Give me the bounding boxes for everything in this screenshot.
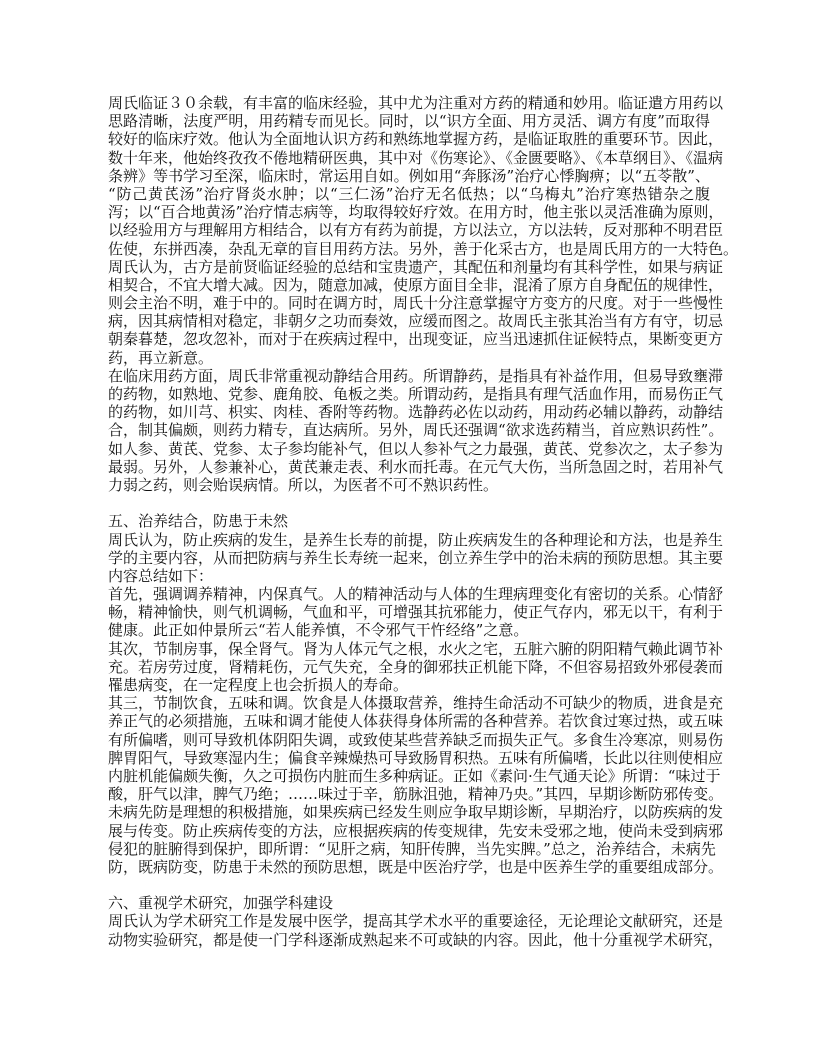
blank-line	[108, 876, 710, 894]
text-line: 周氏认为，防止疾病的发生，是养生长寿的前提，防止疾病发生的各种理论和方法，也是养…	[108, 531, 710, 549]
text-line: 其三，节制饮食，五味和调。饮食是人体摄取营养，维持生命活动不可缺少的物质，进食是…	[108, 694, 710, 712]
text-line: 健康。此正如仲景所云“若人能养慎，不令邪气干忤经络”之意。	[108, 621, 710, 639]
text-line: 有所偏嗜，则可导致机体阴阳失调，或致使某些营养缺乏而损失正气。多食生冷寒凉，则易…	[108, 731, 710, 749]
text-line: 病，因其病情相对稳定，非朝夕之功而奏效，应缓而图之。故周氏主张其治当有方有守，切…	[108, 312, 710, 330]
text-line: 的药物，如熟地、党参、鹿角胶、龟板之类。所谓动药，是指具有理气活血作用，而易伤正…	[108, 385, 710, 403]
text-line: 在临床用药方面，周氏非常重视动静结合用药。所谓静药，是指具有补益作用，但易导致壅…	[108, 367, 710, 385]
section-heading-5: 五、治养结合，防患于未然	[108, 512, 710, 530]
text-line: 相契合，不宜大增大减。因为，随意加减，使原方面目全非，混淆了原方自身配伍的规律性…	[108, 276, 710, 294]
text-line: 内容总结如下：	[108, 567, 710, 585]
text-line: 周氏临证３０余载，有丰富的临床经验，其中尤为注重对方药的精通和妙用。临证遣方用药…	[108, 94, 710, 112]
text-line: 首先，强调调养精神，内保真气。人的精神活动与人体的生理病理变化有密切的关系。心情…	[108, 585, 710, 603]
text-line: 最弱。另外，人参兼补心，黄芪兼走表、利水而托毒。在元气大伤，当所急固之时，若用补…	[108, 458, 710, 476]
text-line: 如人参、黄芪、党参、太子参均能补气，但以人参补气之力最强，黄芪、党参次之，太子参…	[108, 440, 710, 458]
text-line: 数十年来，他始终孜孜不倦地精研医典，其中对《伤寒论》、《金匮要略》、《本草纲目》…	[108, 149, 710, 167]
paragraph-prescription-use: 周氏临证３０余载，有丰富的临床经验，其中尤为注重对方药的精通和妙用。临证遣方用药…	[108, 94, 710, 367]
paragraph-academic-research: 周氏认为学术研究工作是发展中医学，提高其学术水平的重要途径，无论理论文献研究，还…	[108, 912, 710, 948]
text-line: 周氏认为，古方是前贤临证经验的总结和宝贵遗产，其配伍和剂量均有其科学性，如果与病…	[108, 258, 710, 276]
text-line: 力弱之药，则会贻误病情。所以，为医者不可不熟识药性。	[108, 476, 710, 494]
text-line: 泻；以“百合地黄汤”治疗情志病等，均取得较好疗效。在用方时，他主张以灵活准确为原…	[108, 203, 710, 221]
section-title: 五、治养结合，防患于未然	[108, 512, 710, 530]
text-line: 酸，肝气以津，脾气乃绝；……味过于辛，筋脉沮弛，精神乃央。”其四，早期诊断防邪传…	[108, 785, 710, 803]
text-line: 学的主要内容，从而把防病与养生长寿统一起来，创立养生学中的治未病的预防思想。其主…	[108, 549, 710, 567]
paragraph-first-spirit: 首先，强调调养精神，内保真气。人的精神活动与人体的生理病理变化有密切的关系。心情…	[108, 585, 710, 640]
text-line: 较好的临床疗效。他认为全面地认识方药和熟练地掌握方药，是临证取胜的重要环节。因此…	[108, 130, 710, 148]
text-line: 防，既病防变，防患于未然的预防思想，既是中医治疗学，也是中医养生学的重要组成部分…	[108, 858, 710, 876]
text-line: 周氏认为学术研究工作是发展中医学，提高其学术水平的重要途径，无论理论文献研究，还…	[108, 912, 710, 930]
text-line: 则会主治不明，难于中的。同时在调方时，周氏十分注意掌握守方变方的尺度。对于一些慢…	[108, 294, 710, 312]
paragraph-second-kidney: 其次，节制房事，保全肾气。肾为人体元气之根，水火之宅，五脏六腑的阴阳精气赖此调节…	[108, 640, 710, 695]
text-line: 内脏机能偏颇失衡，久之可损伤内脏而生多种病证。正如《素问·生气通天论》所谓：“味…	[108, 767, 710, 785]
blank-line	[108, 494, 710, 512]
section-heading-6: 六、重视学术研究，加强学科建设	[108, 894, 710, 912]
text-line: 以经验用方与理解用方相结合，以有方有药为前提，方以法立，方以法转，反对那种不明君…	[108, 221, 710, 239]
text-line: 其次，节制房事，保全肾气。肾为人体元气之根，水火之宅，五脏六腑的阴阳精气赖此调节…	[108, 640, 710, 658]
text-line: 展与传变。防止疾病传变的方法，应根据疾病的传变规律，先安未受邪之地，使尚未受到病…	[108, 822, 710, 840]
paragraph-dynamic-static-drugs: 在临床用药方面，周氏非常重视动静结合用药。所谓静药，是指具有补益作用，但易导致壅…	[108, 367, 710, 494]
text-line: 养正气的必须措施，五味和调才能使人体获得身体所需的各种营养。若饮食过寒过热，或五…	[108, 712, 710, 730]
text-line: 思路清晰，法度严明，用药精专而见长。同时，以“识方全面、用方灵活、调方有度”而取…	[108, 112, 710, 130]
text-line: 的药物，如川芎、枳实、肉桂、香附等药物。选静药必佐以动药，用动药必辅以静药，动静…	[108, 403, 710, 421]
paragraph-third-diet: 其三，节制饮食，五味和调。饮食是人体摄取营养，维持生命活动不可缺少的物质，进食是…	[108, 694, 710, 876]
paragraph-prevention-intro: 周氏认为，防止疾病的发生，是养生长寿的前提，防止疾病发生的各种理论和方法，也是养…	[108, 531, 710, 586]
text-line: “防己黄芪汤”治疗肾炎水肿；以“三仁汤”治疗无名低热；以“乌梅丸”治疗寒热错杂之…	[108, 185, 710, 203]
text-line: 合，制其偏颇，则药力精专，直达病所。另外，周氏还强调“欲求选药精当，首应熟识药性…	[108, 421, 710, 439]
text-line: 条辨》等书学习至深，临床时，常运用自如。例如用“奔豚汤”治疗心悸胸痹；以“五苓散…	[108, 167, 710, 185]
text-line: 动物实验研究，都是使一门学科逐渐成熟起来不可或缺的内容。因此，他十分重视学术研究…	[108, 931, 710, 949]
text-line: 佐使，东拼西凑，杂乱无章的盲目用药方法。另外，善于化采古方，也是周氏用方的一大特…	[108, 240, 710, 258]
text-line: 朝秦暮楚，忽攻忽补，而对于在疾病过程中，出现变证，应当迅速抓住证候特点，果断变更…	[108, 330, 710, 348]
text-line: 药，再立新意。	[108, 349, 710, 367]
text-line: 脾胃阳气，导致寒湿内生；偏食辛辣燥热可导致肠胃积热。五味有所偏嗜，长此以往则使相…	[108, 749, 710, 767]
text-line: 未病先防是理想的积极措施，如果疾病已经发生则应争取早期诊断，早期治疗，以防疾病的…	[108, 803, 710, 821]
document-page: 周氏临证３０余载，有丰富的临床经验，其中尤为注重对方药的精通和妙用。临证遣方用药…	[108, 94, 710, 949]
text-line: 充。若房劳过度，肾精耗伤，元气失充，全身的御邪扶正机能下降，不但容易招致外邪侵袭…	[108, 658, 710, 676]
text-line: 罹患病变，在一定程度上也会折损人的寿命。	[108, 676, 710, 694]
text-line: 畅，精神愉快，则气机调畅，气血和平，可增强其抗邪能力，使正气存内，邪无以干，有利…	[108, 603, 710, 621]
section-title: 六、重视学术研究，加强学科建设	[108, 894, 710, 912]
text-line: 侵犯的脏腑得到保护，即所谓：“见肝之病，知肝传脾，当先实脾。”总之，治养结合，未…	[108, 840, 710, 858]
